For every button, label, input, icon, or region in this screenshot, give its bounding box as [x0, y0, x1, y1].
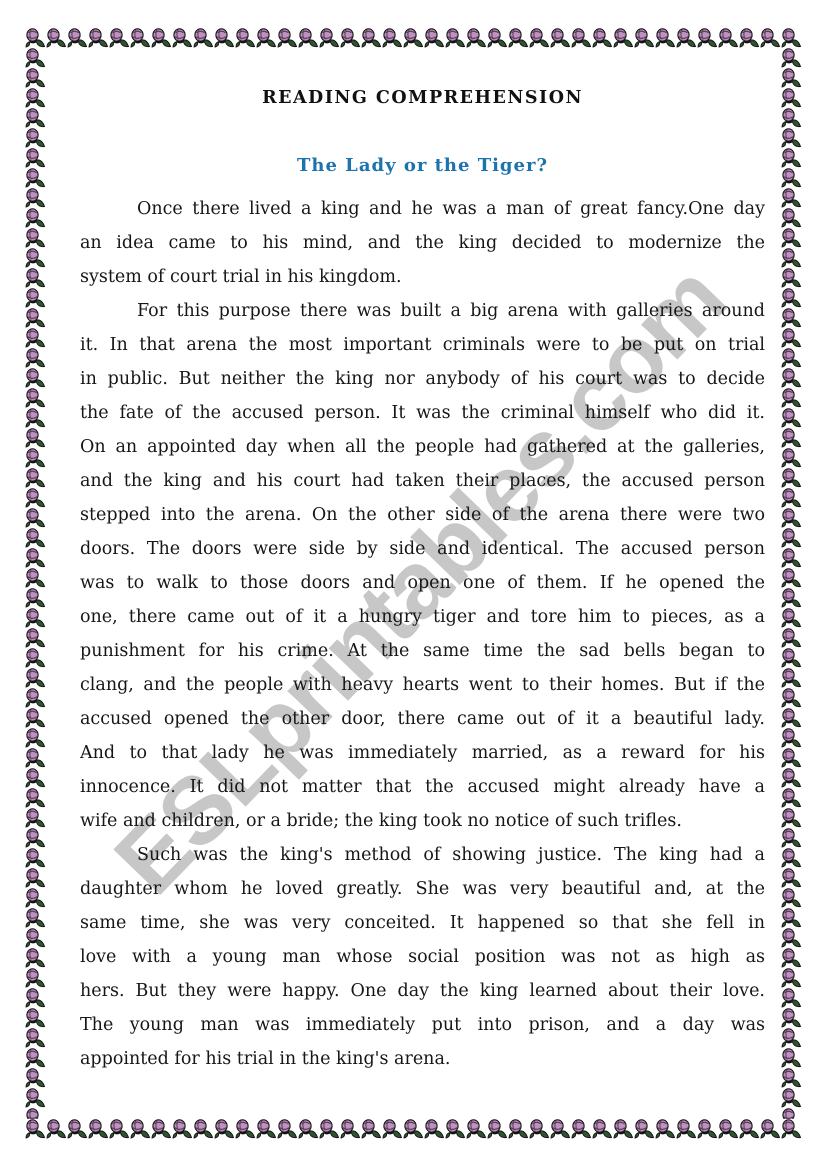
- story-title: The Lady or the Tiger?: [80, 155, 765, 177]
- flower-motif-icon: [25, 348, 46, 368]
- flower-motif-icon: [67, 1119, 88, 1139]
- flower-motif-icon: [781, 908, 802, 928]
- flower-motif-icon: [592, 1119, 613, 1139]
- flower-motif-icon: [634, 28, 655, 48]
- flower-motif-icon: [466, 28, 487, 48]
- flower-motif-icon: [781, 508, 802, 528]
- flower-motif-icon: [193, 28, 214, 48]
- flower-motif-icon: [760, 28, 781, 48]
- story-line: And to that lady he was immediately marr…: [80, 736, 765, 770]
- flower-motif-icon: [235, 1119, 256, 1139]
- flower-motif-icon: [781, 368, 802, 388]
- flower-motif-icon: [781, 1028, 802, 1048]
- story-line: punishment for his crime. At the same ti…: [80, 634, 765, 668]
- flower-motif-icon: [445, 28, 466, 48]
- story-line: stepped into the arena. On the other sid…: [80, 498, 765, 532]
- story-line: For this purpose there was built a big a…: [80, 294, 765, 328]
- flower-motif-icon: [277, 28, 298, 48]
- worksheet-page: ESLprintables.com READING COMPREHENSION …: [0, 0, 826, 1169]
- flower-motif-icon: [781, 268, 802, 288]
- flower-motif-icon: [25, 328, 46, 348]
- flower-motif-icon: [319, 1119, 340, 1139]
- flower-motif-icon: [25, 828, 46, 848]
- flower-motif-icon: [25, 508, 46, 528]
- flower-motif-icon: [256, 28, 277, 48]
- story-line: same time, she was very conceited. It ha…: [80, 906, 765, 940]
- flower-motif-icon: [25, 68, 46, 88]
- flower-motif-icon: [25, 948, 46, 968]
- worksheet-content: READING COMPREHENSION The Lady or the Ti…: [80, 48, 765, 1076]
- flower-motif-icon: [781, 748, 802, 768]
- flower-motif-icon: [25, 248, 46, 268]
- flower-motif-icon: [781, 548, 802, 568]
- flower-motif-icon: [781, 1048, 802, 1068]
- story-line: it. In that arena the most important cri…: [80, 328, 765, 362]
- flower-motif-icon: [25, 528, 46, 548]
- flower-motif-icon: [781, 688, 802, 708]
- decorative-floral-border-bottom: [25, 1119, 802, 1139]
- flower-motif-icon: [781, 108, 802, 128]
- flower-motif-icon: [25, 488, 46, 508]
- story-line: appointed for his trial in the king's ar…: [80, 1042, 765, 1076]
- flower-motif-icon: [172, 1119, 193, 1139]
- flower-motif-icon: [25, 208, 46, 228]
- flower-motif-icon: [781, 588, 802, 608]
- flower-motif-icon: [25, 588, 46, 608]
- flower-motif-icon: [25, 788, 46, 808]
- flower-motif-icon: [25, 908, 46, 928]
- story-line: On an appointed day when all the people …: [80, 430, 765, 464]
- flower-motif-icon: [25, 968, 46, 988]
- flower-motif-icon: [25, 928, 46, 948]
- flower-motif-icon: [25, 648, 46, 668]
- flower-motif-icon: [781, 1108, 802, 1119]
- flower-motif-icon: [403, 28, 424, 48]
- flower-motif-icon: [214, 28, 235, 48]
- flower-motif-icon: [781, 308, 802, 328]
- flower-motif-icon: [781, 328, 802, 348]
- flower-motif-icon: [781, 648, 802, 668]
- flower-motif-icon: [550, 1119, 571, 1139]
- flower-motif-icon: [613, 1119, 634, 1139]
- flower-motif-icon: [25, 368, 46, 388]
- flower-motif-icon: [781, 148, 802, 168]
- story-line: was to walk to those doors and open one …: [80, 566, 765, 600]
- flower-motif-icon: [529, 28, 550, 48]
- story-line: Such was the king's method of showing ju…: [80, 838, 765, 872]
- flower-motif-icon: [781, 348, 802, 368]
- flower-motif-icon: [25, 308, 46, 328]
- flower-motif-icon: [25, 188, 46, 208]
- flower-motif-icon: [781, 488, 802, 508]
- flower-motif-icon: [571, 28, 592, 48]
- flower-motif-icon: [781, 1088, 802, 1108]
- flower-motif-icon: [151, 28, 172, 48]
- story-line: in public. But neither the king nor anyb…: [80, 362, 765, 396]
- flower-motif-icon: [25, 268, 46, 288]
- flower-motif-icon: [424, 1119, 445, 1139]
- story-line: love with a young man whose social posit…: [80, 940, 765, 974]
- story-line: innocence. It did not matter that the ac…: [80, 770, 765, 804]
- flower-motif-icon: [46, 28, 67, 48]
- flower-motif-icon: [655, 28, 676, 48]
- flower-motif-icon: [25, 748, 46, 768]
- flower-motif-icon: [193, 1119, 214, 1139]
- story-line: an idea came to his mind, and the king d…: [80, 226, 765, 260]
- flower-motif-icon: [25, 288, 46, 308]
- flower-motif-icon: [25, 548, 46, 568]
- flower-motif-icon: [88, 1119, 109, 1139]
- flower-motif-icon: [25, 708, 46, 728]
- flower-motif-icon: [25, 1108, 46, 1119]
- flower-motif-icon: [760, 1119, 781, 1139]
- flower-motif-icon: [277, 1119, 298, 1139]
- flower-motif-icon: [445, 1119, 466, 1139]
- flower-motif-icon: [298, 28, 319, 48]
- flower-motif-icon: [25, 88, 46, 108]
- flower-motif-icon: [25, 1119, 46, 1139]
- flower-motif-icon: [781, 628, 802, 648]
- flower-motif-icon: [340, 28, 361, 48]
- story-line: accused opened the other door, there cam…: [80, 702, 765, 736]
- flower-motif-icon: [25, 868, 46, 888]
- flower-motif-icon: [781, 988, 802, 1008]
- flower-motif-icon: [508, 1119, 529, 1139]
- flower-motif-icon: [25, 28, 46, 48]
- flower-motif-icon: [466, 1119, 487, 1139]
- flower-motif-icon: [781, 1008, 802, 1028]
- story-line: the fate of the accused person. It was t…: [80, 396, 765, 430]
- flower-motif-icon: [781, 768, 802, 788]
- flower-motif-icon: [487, 1119, 508, 1139]
- flower-motif-icon: [781, 528, 802, 548]
- story-line: hers. But they were happy. One day the k…: [80, 974, 765, 1008]
- flower-motif-icon: [361, 28, 382, 48]
- flower-motif-icon: [25, 988, 46, 1008]
- flower-motif-icon: [781, 168, 802, 188]
- story-line: Once there lived a king and he was a man…: [80, 192, 765, 226]
- flower-motif-icon: [781, 728, 802, 748]
- flower-motif-icon: [781, 388, 802, 408]
- flower-motif-icon: [697, 28, 718, 48]
- flower-motif-icon: [382, 28, 403, 48]
- flower-motif-icon: [781, 188, 802, 208]
- flower-motif-icon: [781, 788, 802, 808]
- flower-motif-icon: [550, 28, 571, 48]
- flower-motif-icon: [781, 68, 802, 88]
- flower-motif-icon: [25, 148, 46, 168]
- flower-motif-icon: [781, 608, 802, 628]
- flower-motif-icon: [25, 668, 46, 688]
- flower-motif-icon: [403, 1119, 424, 1139]
- flower-motif-icon: [319, 28, 340, 48]
- story-line: system of court trial in his kingdom.: [80, 260, 765, 294]
- flower-motif-icon: [571, 1119, 592, 1139]
- flower-motif-icon: [781, 28, 802, 48]
- flower-motif-icon: [25, 1068, 46, 1088]
- flower-motif-icon: [25, 228, 46, 248]
- flower-motif-icon: [25, 1008, 46, 1028]
- flower-motif-icon: [25, 168, 46, 188]
- flower-motif-icon: [781, 228, 802, 248]
- flower-motif-icon: [25, 108, 46, 128]
- flower-motif-icon: [214, 1119, 235, 1139]
- story-line: and the king and his court had taken the…: [80, 464, 765, 498]
- flower-motif-icon: [361, 1119, 382, 1139]
- flower-motif-icon: [46, 1119, 67, 1139]
- flower-motif-icon: [340, 1119, 361, 1139]
- flower-motif-icon: [781, 468, 802, 488]
- flower-motif-icon: [781, 408, 802, 428]
- flower-motif-icon: [718, 28, 739, 48]
- flower-motif-icon: [382, 1119, 403, 1139]
- flower-motif-icon: [781, 968, 802, 988]
- decorative-floral-border-top: [25, 28, 802, 48]
- flower-motif-icon: [676, 28, 697, 48]
- flower-motif-icon: [256, 1119, 277, 1139]
- story-text: Once there lived a king and he was a man…: [80, 192, 765, 1076]
- flower-motif-icon: [529, 1119, 550, 1139]
- story-line: clang, and the people with heavy hearts …: [80, 668, 765, 702]
- flower-motif-icon: [424, 28, 445, 48]
- flower-motif-icon: [634, 1119, 655, 1139]
- flower-motif-icon: [781, 808, 802, 828]
- flower-motif-icon: [487, 28, 508, 48]
- flower-motif-icon: [25, 1048, 46, 1068]
- flower-motif-icon: [739, 28, 760, 48]
- flower-motif-icon: [25, 1028, 46, 1048]
- flower-motif-icon: [25, 728, 46, 748]
- flower-motif-icon: [781, 1119, 802, 1139]
- flower-motif-icon: [781, 568, 802, 588]
- flower-motif-icon: [25, 848, 46, 868]
- flower-motif-icon: [781, 288, 802, 308]
- flower-motif-icon: [25, 808, 46, 828]
- story-line: The young man was immediately put into p…: [80, 1008, 765, 1042]
- flower-motif-icon: [781, 828, 802, 848]
- flower-motif-icon: [676, 1119, 697, 1139]
- flower-motif-icon: [25, 448, 46, 468]
- flower-motif-icon: [130, 28, 151, 48]
- flower-motif-icon: [172, 28, 193, 48]
- flower-motif-icon: [88, 28, 109, 48]
- flower-motif-icon: [781, 128, 802, 148]
- flower-motif-icon: [67, 28, 88, 48]
- flower-motif-icon: [781, 428, 802, 448]
- flower-motif-icon: [130, 1119, 151, 1139]
- flower-motif-icon: [25, 388, 46, 408]
- flower-motif-icon: [781, 248, 802, 268]
- flower-motif-icon: [739, 1119, 760, 1139]
- flower-motif-icon: [697, 1119, 718, 1139]
- flower-motif-icon: [25, 48, 46, 68]
- flower-motif-icon: [781, 868, 802, 888]
- story-line: one, there came out of it a hungry tiger…: [80, 600, 765, 634]
- flower-motif-icon: [109, 1119, 130, 1139]
- page-title: READING COMPREHENSION: [80, 88, 765, 108]
- flower-motif-icon: [613, 28, 634, 48]
- flower-motif-icon: [25, 628, 46, 648]
- flower-motif-icon: [592, 28, 613, 48]
- flower-motif-icon: [151, 1119, 172, 1139]
- flower-motif-icon: [655, 1119, 676, 1139]
- flower-motif-icon: [781, 708, 802, 728]
- flower-motif-icon: [25, 688, 46, 708]
- flower-motif-icon: [781, 208, 802, 228]
- flower-motif-icon: [781, 48, 802, 68]
- decorative-floral-border-right: [781, 48, 802, 1119]
- story-line: doors. The doors were side by side and i…: [80, 532, 765, 566]
- flower-motif-icon: [25, 768, 46, 788]
- flower-motif-icon: [25, 128, 46, 148]
- flower-motif-icon: [781, 88, 802, 108]
- flower-motif-icon: [508, 28, 529, 48]
- flower-motif-icon: [781, 928, 802, 948]
- flower-motif-icon: [25, 428, 46, 448]
- flower-motif-icon: [298, 1119, 319, 1139]
- flower-motif-icon: [781, 888, 802, 908]
- story-line: daughter whom he loved greatly. She was …: [80, 872, 765, 906]
- flower-motif-icon: [25, 608, 46, 628]
- flower-motif-icon: [718, 1119, 739, 1139]
- flower-motif-icon: [781, 948, 802, 968]
- flower-motif-icon: [25, 1088, 46, 1108]
- flower-motif-icon: [25, 468, 46, 488]
- flower-motif-icon: [781, 848, 802, 868]
- flower-motif-icon: [25, 888, 46, 908]
- flower-motif-icon: [25, 568, 46, 588]
- flower-motif-icon: [235, 28, 256, 48]
- flower-motif-icon: [781, 1068, 802, 1088]
- flower-motif-icon: [109, 28, 130, 48]
- story-line: wife and children, or a bride; the king …: [80, 804, 765, 838]
- decorative-floral-border-left: [25, 48, 46, 1119]
- flower-motif-icon: [25, 408, 46, 428]
- flower-motif-icon: [781, 448, 802, 468]
- flower-motif-icon: [781, 668, 802, 688]
